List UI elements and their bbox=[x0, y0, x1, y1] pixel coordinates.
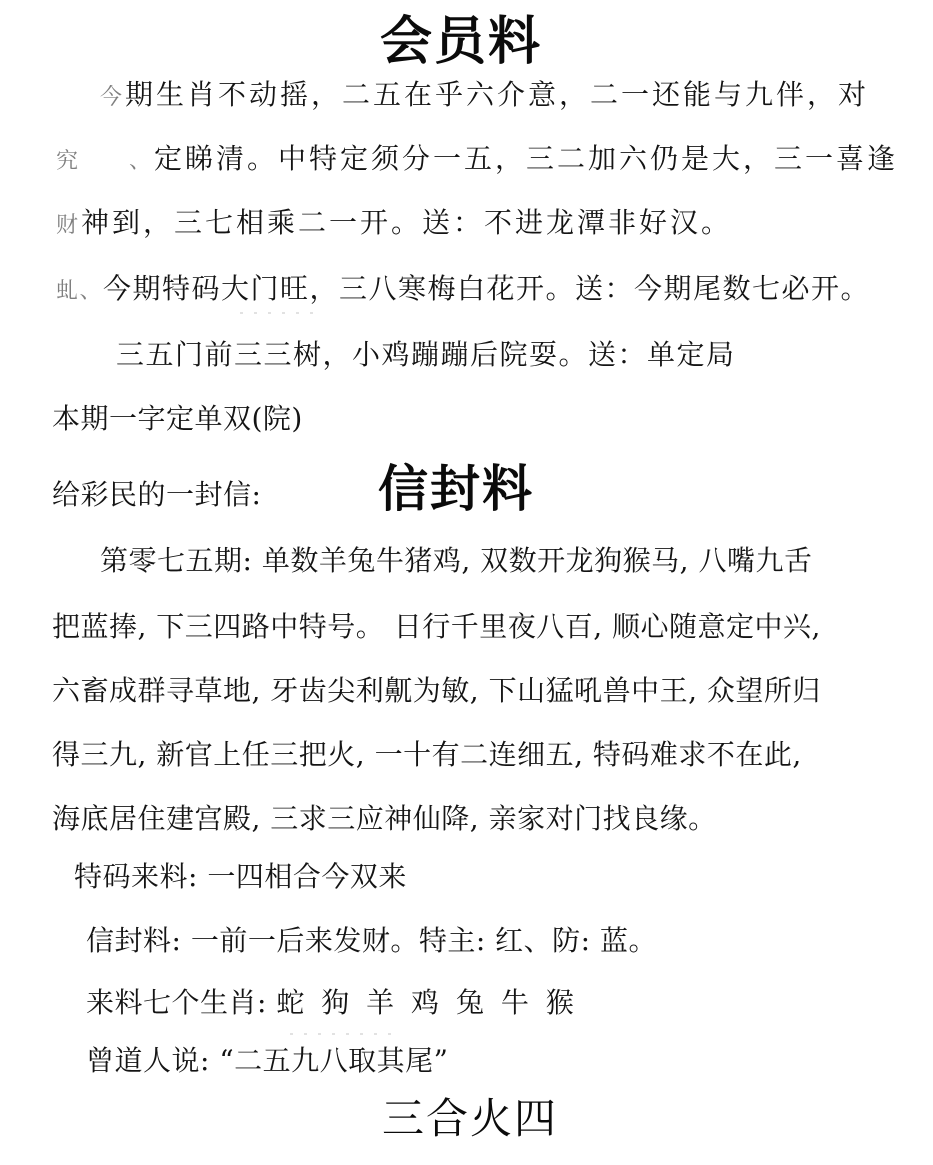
member-line-2-prefix: 究 bbox=[56, 149, 81, 174]
scan-artifact bbox=[240, 312, 320, 314]
scanned-document-page: 会员料 今期生肖不动摇，二五在乎六介意，二一还能与九伴，对 究、定睇清。中特定须… bbox=[0, 0, 933, 1165]
envelope-line-2: 把蓝捧, 下三四路中特号。 日行千里夜八百, 顺心随意定中兴, bbox=[52, 610, 821, 644]
member-line-3-prefix: 财 bbox=[56, 213, 81, 238]
envelope-line-4: 得三九, 新官上任三把火, 一十有二连细五, 特码难求不在此, bbox=[52, 738, 802, 772]
member-line-1-text: 期生肖不动摇，二五在乎六介意，二一还能与九伴，对 bbox=[125, 78, 869, 111]
seven-zodiacs-list: 蛇 狗 羊 鸡 兔 牛 猴 bbox=[276, 986, 577, 1019]
envelope-line-5: 海底居住建宫殿, 三求三应神仙降, 亲家对门找良缘。 bbox=[52, 802, 717, 836]
member-line-2-text: 定睇清。中特定须分一五，三二加六仍是大，三一喜逢 bbox=[154, 142, 898, 175]
title-footer: 三合火四 bbox=[382, 1094, 558, 1144]
member-line-1: 今期生肖不动摇，二五在乎六介意，二一还能与九伴，对 bbox=[100, 78, 869, 115]
member-line-2: 究、定睇清。中特定须分一五，三二加六仍是大，三一喜逢 bbox=[56, 142, 898, 179]
member-line-4-text: 今期特码大门旺，三八寒梅白花开。送：今期尾数七必开。 bbox=[103, 272, 870, 305]
member-line-4-prefix: 虬、 bbox=[56, 279, 103, 304]
member-line-6: 本期一字定单双(院) bbox=[52, 402, 303, 436]
taoist-saying: 曾道人说: “二五九八取其尾” bbox=[86, 1044, 448, 1078]
member-line-3: 财神到，三七相乘二一开。送：不进龙潭非好汉。 bbox=[56, 206, 732, 243]
envelope-line-3: 六畜成群寻草地, 牙齿尖利鼿为敏, 下山猛吼兽中王, 众望所归 bbox=[52, 674, 821, 708]
envelope-line-1: 第零七五期: 单数羊兔牛猪鸡, 双数开龙狗猴马, 八嘴九舌 bbox=[100, 544, 812, 578]
title-envelope-material: 信封料 bbox=[378, 460, 534, 518]
scan-artifact bbox=[290, 1033, 400, 1035]
letter-to-players-label: 给彩民的一封信: bbox=[52, 478, 261, 512]
member-line-1-prefix: 今 bbox=[100, 85, 125, 110]
member-line-6-text: 本期一字定单双(院) bbox=[52, 402, 303, 435]
seven-zodiacs-tip: 来料七个生肖: 蛇 狗 羊 鸡 兔 牛 猴 bbox=[86, 986, 578, 1020]
member-line-2-prefix2: 、 bbox=[129, 149, 154, 174]
special-code-tip: 特码来料: 一四相合今双来 bbox=[74, 860, 407, 894]
title-member-material: 会员料 bbox=[380, 12, 542, 72]
member-line-4: 虬、今期特码大门旺，三八寒梅白花开。送：今期尾数七必开。 bbox=[56, 272, 870, 309]
seven-zodiacs-label: 来料七个生肖: bbox=[86, 986, 267, 1019]
envelope-tip: 信封料: 一前一后来发财。特主: 红、防: 蓝。 bbox=[86, 924, 657, 958]
member-line-3-text: 神到，三七相乘二一开。送：不进龙潭非好汉。 bbox=[81, 206, 732, 239]
member-line-5-text: 三五门前三三树，小鸡蹦蹦后院耍。送：单定局 bbox=[116, 338, 736, 371]
member-line-5: 三五门前三三树，小鸡蹦蹦后院耍。送：单定局 bbox=[116, 338, 736, 372]
